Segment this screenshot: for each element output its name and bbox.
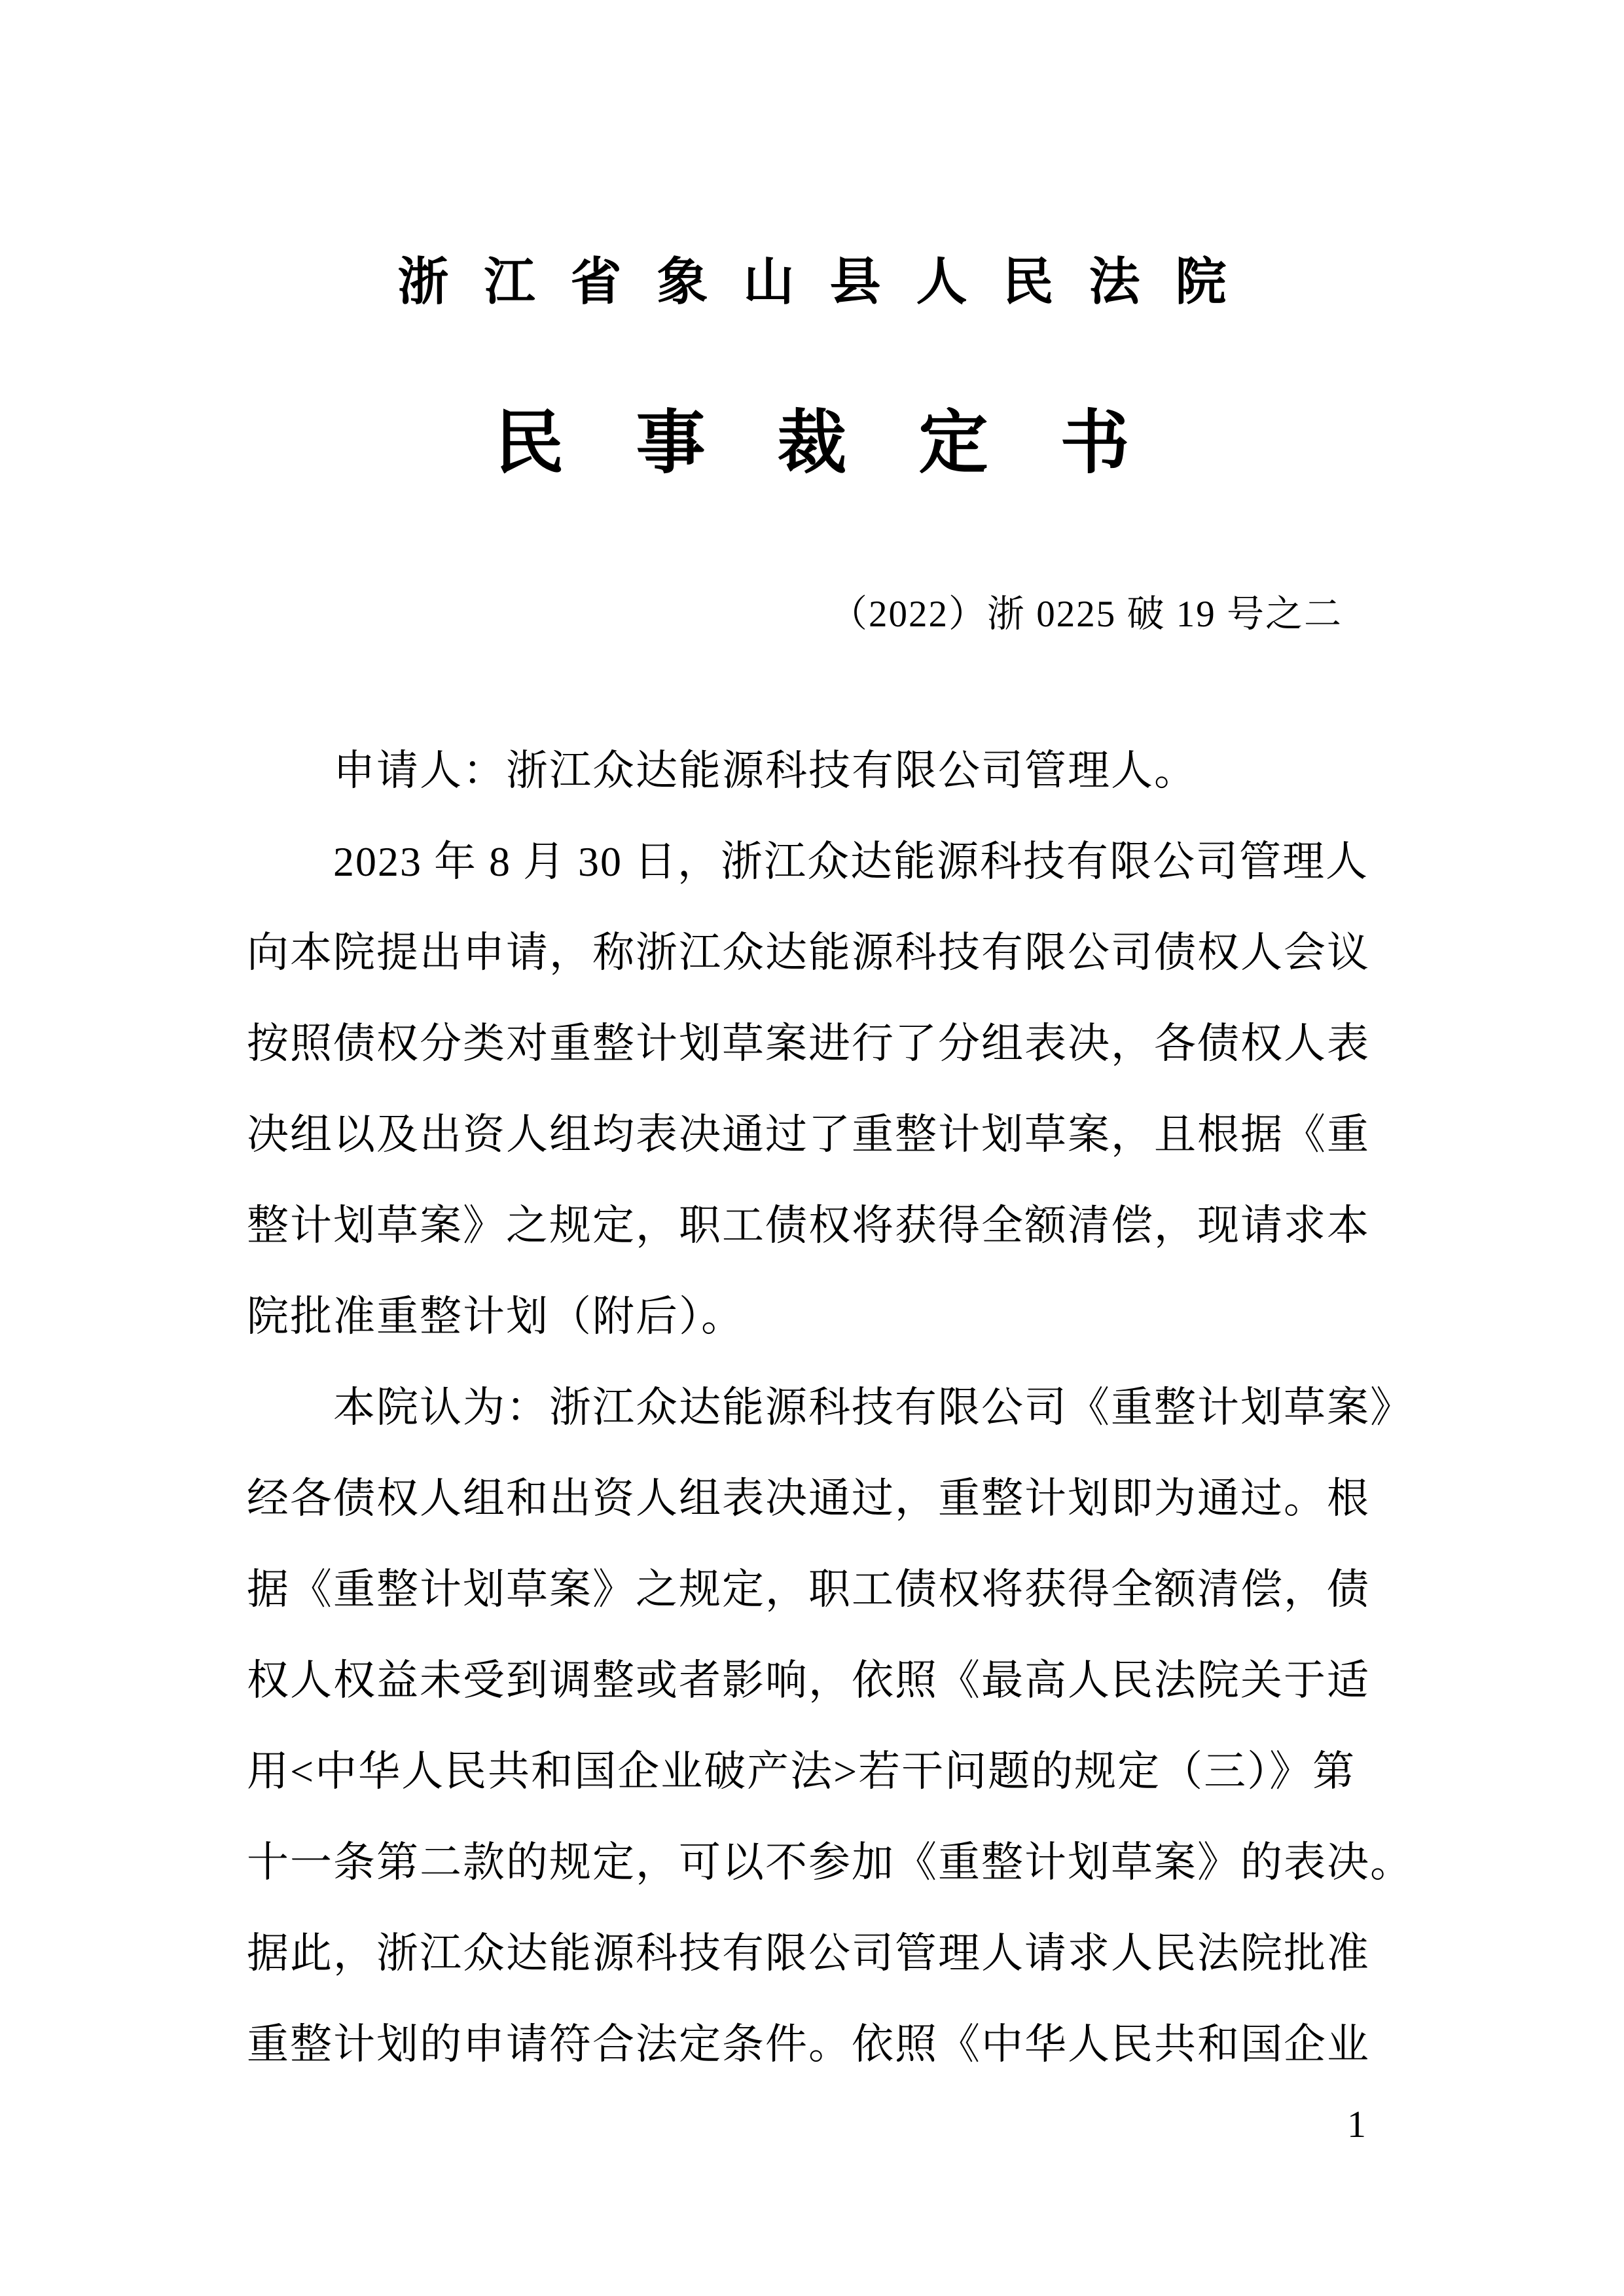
body-line: 院批准重整计划（附后）。: [247, 1271, 1386, 1362]
body-line: 本院认为：浙江众达能源科技有限公司《重整计划草案》: [247, 1362, 1386, 1453]
body-line: 权人权益未受到调整或者影响，依照《最高人民法院关于适: [247, 1635, 1386, 1726]
body-line: 重整计划的申请符合法定条件。依照《中华人民共和国企业: [247, 1999, 1386, 2090]
court-ruling-page: 浙江省象山县人民法院 民事裁定书 （2022）浙 0225 破 19 号之二 申…: [0, 0, 1624, 2296]
document-body: 申请人：浙江众达能源科技有限公司管理人。2023 年 8 月 30 日，浙江众达…: [247, 725, 1386, 2090]
body-line: 申请人：浙江众达能源科技有限公司管理人。: [247, 725, 1386, 816]
case-number: （2022）浙 0225 破 19 号之二: [830, 584, 1343, 637]
body-line: 2023 年 8 月 30 日，浙江众达能源科技有限公司管理人: [247, 816, 1386, 907]
body-line: 据《重整计划草案》之规定，职工债权将获得全额清偿，债: [247, 1544, 1386, 1635]
body-line: 按照债权分类对重整计划草案进行了分组表决，各债权人表: [247, 998, 1386, 1089]
page-number: 1: [1347, 2102, 1366, 2146]
body-line: 决组以及出资人组均表决通过了重整计划草案，且根据《重: [247, 1089, 1386, 1180]
document-type-title: 民事裁定书: [0, 387, 1624, 487]
body-line: 整计划草案》之规定，职工债权将获得全额清偿，现请求本: [247, 1180, 1386, 1271]
body-line: 用<中华人民共和国企业破产法>若干问题的规定（三）》第: [247, 1726, 1386, 1817]
body-line: 十一条第二款的规定，可以不参加《重整计划草案》的表决。: [247, 1817, 1386, 1908]
court-name-title: 浙江省象山县人民法院: [0, 241, 1624, 314]
body-line: 向本院提出申请，称浙江众达能源科技有限公司债权人会议: [247, 907, 1386, 998]
body-line: 据此，浙江众达能源科技有限公司管理人请求人民法院批准: [247, 1908, 1386, 1999]
body-line: 经各债权人组和出资人组表决通过，重整计划即为通过。根: [247, 1453, 1386, 1544]
